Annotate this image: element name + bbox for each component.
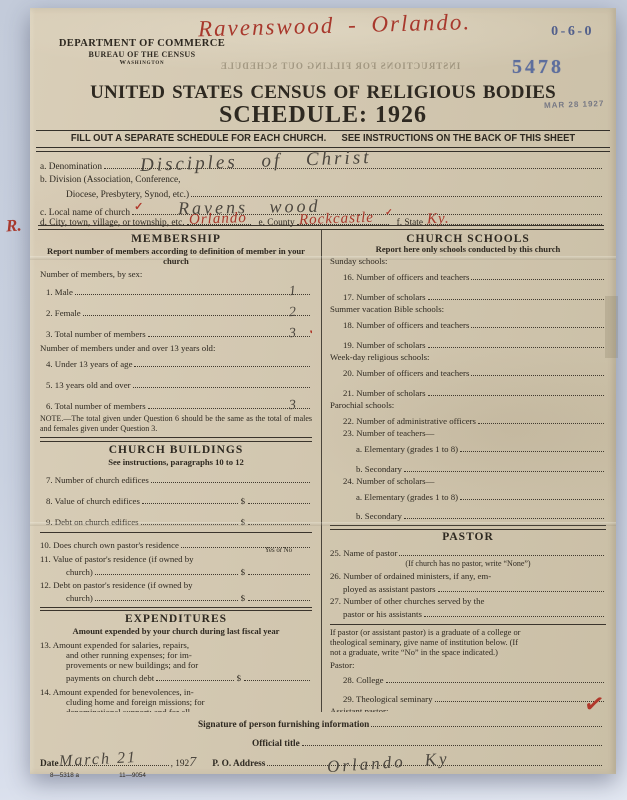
check-mark: ✓ [583, 698, 605, 711]
question-5-answer-line [133, 377, 310, 388]
question-21-label: 21. Number of scholars [330, 388, 426, 398]
question-18-answer-line [471, 317, 604, 328]
question-24a-answer-line [460, 489, 604, 500]
question-29-answer-line [435, 691, 605, 702]
form-number-row: 8—5318 a 11—9054 [40, 772, 604, 779]
question-12-amount-line [248, 590, 310, 601]
question-4-row: 4. Under 13 years of age [40, 356, 312, 369]
census-schedule-document: Ravenswood - Orlando. 0-6-0 DEPARTMENT O… [30, 8, 616, 774]
graduate-note-line3: not a graduate, write “No” in the space … [330, 648, 606, 658]
dollar-sign: $ [241, 496, 245, 506]
question-11-row: church) $ [40, 564, 312, 577]
fold-crease [30, 256, 616, 260]
question-16-label: 16. Number of officers and teachers [330, 272, 469, 282]
signature-section: Signature of person furnishing informati… [40, 716, 604, 779]
denomination-row: a. Denomination Disciples of Christ [40, 158, 604, 172]
division-answer-line [191, 186, 602, 197]
question-27-row: pastor or his assistants [330, 606, 606, 619]
right-column: CHURCH SCHOOLS Report here only schools … [330, 234, 606, 712]
question-17-label: 17. Number of scholars [330, 292, 426, 302]
denomination-answer-line: Disciples of Christ [104, 158, 602, 169]
denomination-label: a. Denomination [40, 162, 102, 172]
agency-department: DEPARTMENT OF COMMERCE [52, 38, 232, 50]
banner-left-text: FILL OUT A SEPARATE SCHEDULE FOR EACH CH… [71, 133, 326, 144]
question-23b-label: b. Secondary [330, 464, 402, 474]
question-14-label-line1: 14. Amount expended for benevolences, in… [40, 687, 312, 697]
question-25-hint: (If church has no pastor, write “None”) [330, 559, 606, 569]
question-19-answer-line [428, 337, 604, 348]
question-8-label: 8. Value of church edifices [40, 496, 140, 506]
question-12-label-line1: 12. Debt on pastor's residence (if owned… [40, 580, 312, 590]
question-12-leader-line [95, 590, 238, 601]
question-1-label: 1. Male [40, 287, 73, 297]
dollar-sign: $ [241, 567, 245, 577]
question-7-row: 7. Number of church edifices [40, 472, 312, 485]
handwritten-church-annotation: Ravenswood - Orlando. [198, 8, 529, 43]
date-line: March 21 [61, 755, 169, 766]
question-13-label-line3: provements or new buildings; and for [40, 660, 312, 670]
question-5-row: 5. 13 years old and over [40, 377, 312, 390]
question-1-row: 1. Male 1 [40, 284, 312, 297]
question-12-row: church) $ [40, 590, 312, 603]
signature-row: Signature of person furnishing informati… [40, 716, 604, 730]
check-mark: ✓ [309, 326, 312, 336]
question-23b-answer-line [404, 461, 604, 472]
column-divider-rule [321, 230, 322, 712]
question-6-value: 3 [289, 401, 297, 411]
question-6-row: 6. Total number of members 3 [40, 398, 312, 411]
pastor-group-label: Pastor: [330, 660, 606, 670]
church-schools-subheading: Report here only schools conducted by th… [330, 244, 606, 254]
question-4-answer-line [134, 356, 310, 367]
date-label: Date [40, 759, 59, 769]
question-1-value: 1 [289, 287, 297, 297]
dollar-sign: $ [237, 673, 241, 683]
question-24a-row: a. Elementary (grades 1 to 8) [330, 489, 606, 502]
divider-rule [40, 607, 312, 612]
assistant-pastor-group-label: Assistant pastor: [330, 706, 606, 713]
question-2-row: 2. Female 2 [40, 305, 312, 318]
question-20-answer-line [471, 365, 604, 376]
question-28-label: 28. College [330, 675, 384, 685]
question-5-label: 5. 13 years old and over [40, 380, 131, 390]
question-13-row: payments on church debt $ [40, 670, 312, 683]
question-7-label: 7. Number of church edifices [40, 475, 149, 485]
county-answer-line: Rockcastle ✓ [297, 214, 389, 225]
question-20-row: 20. Number of officers and teachers [330, 365, 606, 378]
fold-crease [30, 522, 616, 526]
question-24a-label: a. Elementary (grades 1 to 8) [330, 492, 458, 502]
date-value: March 21 [58, 749, 137, 771]
question-8-leader-line [142, 493, 238, 504]
question-8-row: 8. Value of church edifices $ [40, 493, 312, 506]
question-11-label-line2: church) [40, 567, 93, 577]
question-13-label-line1: 13. Amount expended for salaries, repair… [40, 640, 312, 650]
question-10-answer-line: Yes or No [181, 537, 310, 548]
check-mark: ✓ [134, 200, 143, 213]
question-4-label: 4. Under 13 years of age [40, 359, 132, 369]
question-10-label: 10. Does church own pastor's residence [40, 540, 179, 550]
membership-note: NOTE.—The total given under Question 6 s… [40, 414, 312, 433]
question-23a-row: a. Elementary (grades 1 to 8) [330, 441, 606, 454]
members-by-sex-group-label: Number of members, by sex: [40, 269, 312, 279]
question-23b-row: b. Secondary [330, 461, 606, 474]
question-13-label-line2: and other running expenses; for im- [40, 650, 312, 660]
question-11-amount-line [248, 564, 310, 575]
division-label-line2: Diocese, Presbytery, Synod, etc.) [40, 190, 189, 200]
official-title-line [302, 735, 602, 746]
division-row-line1: b. Division (Association, Conference, [40, 175, 604, 185]
question-24b-answer-line [404, 508, 604, 519]
membership-heading: MEMBERSHIP [40, 234, 312, 244]
question-24b-label: b. Secondary [330, 511, 402, 521]
signature-label: Signature of person furnishing informati… [198, 720, 369, 730]
question-24b-row: b. Secondary [330, 508, 606, 521]
question-29-label: 29. Theological seminary [330, 694, 433, 704]
question-21-row: 21. Number of scholars [330, 385, 606, 398]
identity-section: R. a. Denomination Disciples of Christ b… [40, 156, 604, 228]
parochial-schools-group-label: Parochial schools: [330, 400, 606, 410]
question-11-leader-line [95, 564, 238, 575]
question-1-answer-line: 1 [75, 284, 310, 295]
po-address-label: P. O. Address [212, 759, 265, 769]
question-2-answer-line: 2 [83, 305, 310, 316]
question-25-label: 25. Name of pastor [330, 548, 397, 558]
question-6-answer-line: 3 [148, 398, 310, 409]
dollar-sign: $ [241, 593, 245, 603]
form-number: 8—5318 a [50, 772, 79, 779]
church-buildings-subheading: See instructions, paragraphs 10 to 12 [40, 457, 312, 467]
question-25-answer-line [399, 545, 604, 556]
instruction-banner: FILL OUT A SEPARATE SCHEDULE FOR EACH CH… [36, 130, 610, 148]
question-26-label-line1: 26. Number of ordained ministers, if any… [330, 571, 606, 581]
serial-number-stamp: 5478 [512, 56, 564, 79]
official-title-label: Official title [252, 739, 300, 749]
summer-schools-group-label: Summer vacation Bible schools: [330, 304, 606, 314]
division-label-line1: b. Division (Association, Conference, [40, 175, 180, 185]
print-code: 11—9054 [119, 772, 146, 779]
question-13-amount-line [244, 670, 310, 681]
question-22-row: 22. Number of administrative officers [330, 413, 606, 426]
po-address-line: Orlando Ky [267, 755, 602, 766]
question-23a-answer-line [460, 441, 604, 452]
question-14-label-line3: denominational support; and for all [40, 707, 312, 712]
question-24-label: 24. Number of scholars— [330, 476, 606, 486]
question-18-label: 18. Number of officers and teachers [330, 320, 469, 330]
form-title: UNITED STATES CENSUS OF RELIGIOUS BODIES [30, 82, 616, 104]
division-row-line2: Diocese, Presbytery, Synod, etc.) [40, 186, 604, 200]
question-18-row: 18. Number of officers and teachers [330, 317, 606, 330]
year-printed: , 192 [171, 759, 190, 769]
question-25-row: 25. Name of pastor [330, 545, 606, 558]
margin-initial: R. [5, 215, 22, 236]
church-buildings-heading: CHURCH BUILDINGS [40, 445, 312, 455]
question-17-answer-line [428, 289, 604, 300]
official-title-row: Official title [40, 735, 604, 749]
city-answer-line: Orlando [187, 214, 251, 225]
question-26-row: ployed as assistant pastors [330, 581, 606, 594]
question-26-label-line2: ployed as assistant pastors [330, 584, 436, 594]
question-8-amount-line [248, 493, 310, 504]
question-21-answer-line [428, 385, 604, 396]
expenditures-heading: EXPENDITURES [40, 614, 312, 624]
question-2-value: 2 [289, 308, 297, 318]
members-by-age-group-label: Number of members under and over 13 year… [40, 343, 312, 353]
date-address-row: Date March 21 , 192 7 P. O. Address Orla… [40, 755, 604, 771]
question-7-answer-line [151, 472, 310, 483]
question-6-label: 6. Total number of members [40, 401, 146, 411]
form-schedule-year: SCHEDULE: 1926 [30, 102, 616, 129]
question-17-row: 17. Number of scholars [330, 289, 606, 302]
question-29-row: 29. Theological seminary [330, 691, 606, 704]
question-3-row: 3. Total number of members 3 ✓ [40, 326, 312, 339]
state-answer-line: Ky. [425, 214, 602, 225]
bleed-through-text: INSTRUCTIONS FOR FILLING OUT SCHEDULE [200, 61, 480, 71]
divider-rule [330, 624, 606, 625]
question-23-label: 23. Number of teachers— [330, 428, 606, 438]
question-3-value: 3 [289, 329, 297, 339]
question-27-label-line1: 27. Number of other churches served by t… [330, 596, 606, 606]
question-14-label-line2: cluding home and foreign missions; for [40, 697, 312, 707]
banner-right-text: SEE INSTRUCTIONS ON THE BACK OF THIS SHE… [342, 133, 576, 144]
check-mark: ✓ [385, 207, 393, 218]
divider-rule [40, 437, 312, 442]
question-13-leader-line [156, 670, 233, 681]
question-3-answer-line: 3 ✓ [148, 326, 310, 337]
question-10-row: 10. Does church own pastor's residence Y… [40, 537, 312, 550]
question-16-answer-line [471, 269, 604, 280]
question-3-label: 3. Total number of members [40, 329, 146, 339]
question-12-label-line2: church) [40, 593, 93, 603]
question-16-row: 16. Number of officers and teachers [330, 269, 606, 282]
question-22-answer-line [478, 413, 604, 424]
pastor-heading: PASTOR [330, 532, 606, 542]
graduate-note-line2: theological seminary, give name of insti… [330, 638, 606, 648]
question-19-label: 19. Number of scholars [330, 340, 426, 350]
question-27-answer-line [424, 606, 604, 617]
divider-rule [38, 225, 604, 230]
question-28-row: 28. College [330, 672, 606, 685]
divider-rule [40, 532, 312, 533]
question-20-label: 20. Number of officers and teachers [330, 368, 469, 378]
left-column: MEMBERSHIP Report number of members acco… [40, 234, 312, 712]
tape-mark [605, 296, 618, 358]
question-23a-label: a. Elementary (grades 1 to 8) [330, 444, 458, 454]
question-26-answer-line [438, 581, 604, 592]
yes-or-no-hint: Yes or No [265, 546, 292, 556]
year-value: 7 [189, 755, 196, 771]
church-schools-heading: CHURCH SCHOOLS [330, 234, 606, 244]
question-28-answer-line [386, 672, 604, 683]
question-2-label: 2. Female [40, 308, 81, 318]
graduate-note-line1: If pastor (or assistant pastor) is a gra… [330, 628, 606, 638]
signature-line [371, 716, 602, 727]
agency-bureau: BUREAU OF THE CENSUS [52, 50, 232, 59]
question-19-row: 19. Number of scholars [330, 337, 606, 350]
question-columns: MEMBERSHIP Report number of members acco… [40, 234, 606, 712]
expenditures-subheading: Amount expended by your church during la… [40, 626, 312, 636]
question-22-label: 22. Number of administrative officers [330, 416, 476, 426]
question-27-label-line2: pastor or his assistants [330, 609, 422, 619]
file-code: 0-6-0 [551, 24, 594, 40]
weekday-schools-group-label: Week-day religious schools: [330, 352, 606, 362]
question-13-label-line4: payments on church debt [40, 673, 154, 683]
